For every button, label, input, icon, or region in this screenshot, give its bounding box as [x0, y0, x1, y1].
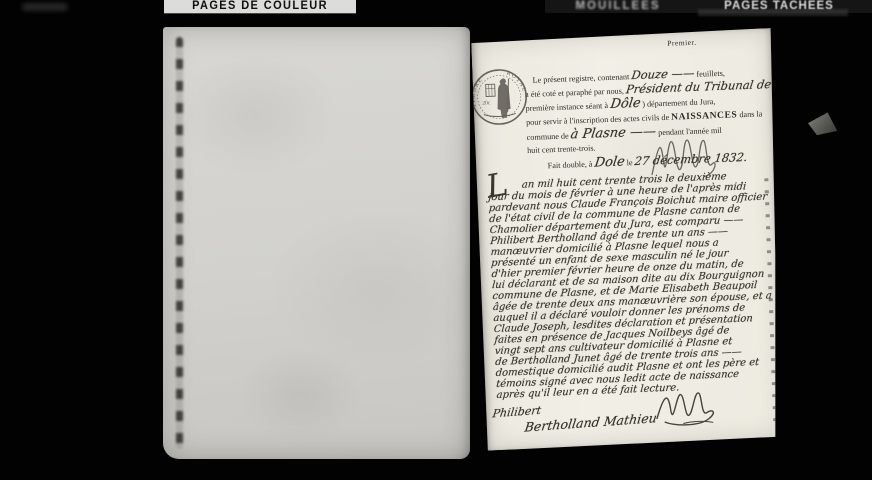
right-register-page: Premier. TIMBRE ROYAL 20c — [471, 28, 787, 451]
flag-pages-de-couleur: PAGES DE COULEUR — [164, 0, 356, 13]
form-hand-place: Dole — [594, 156, 626, 170]
folio-label: Premier. — [667, 37, 727, 48]
form-print-segment: commune de — [526, 131, 570, 142]
form-hand-city: Dôle — [609, 97, 641, 111]
form-print-naissances: NAISSANCES — [671, 110, 738, 122]
form-print-segment: ) département du Jura, — [640, 97, 716, 109]
signature-philibert: Philibert — [492, 404, 542, 421]
scan-viewport: PAGES DE COULEUR MOUILLEES PAGES TACHEES… — [0, 0, 872, 480]
mayor-signature-flourish-icon — [652, 386, 725, 431]
form-print-segment: feuillets, — [694, 69, 725, 79]
form-print-segment: dans la — [737, 109, 762, 119]
signature-bertholland: Bertholland Mathieu — [524, 410, 658, 435]
binding-shadow — [176, 37, 183, 449]
left-blank-page — [163, 27, 470, 459]
form-print-segment: première instance séant à — [525, 101, 610, 113]
paper-scrap — [806, 110, 839, 138]
flag-pages-tachees: PAGES TACHEES — [690, 0, 868, 13]
form-print-segment: Fait double, à — [548, 160, 595, 171]
form-print-segment: huit cent trente-trois. — [527, 144, 596, 156]
royal-revenue-stamp-icon: TIMBRE ROYAL 20c — [468, 65, 530, 129]
film-smudge — [22, 3, 68, 11]
stamp-value: 20c — [482, 100, 491, 106]
birth-act-manuscript: an mil huit cent trente trois le deuxièm… — [488, 170, 773, 401]
flag-mouillees: MOUILLEES — [548, 0, 688, 13]
